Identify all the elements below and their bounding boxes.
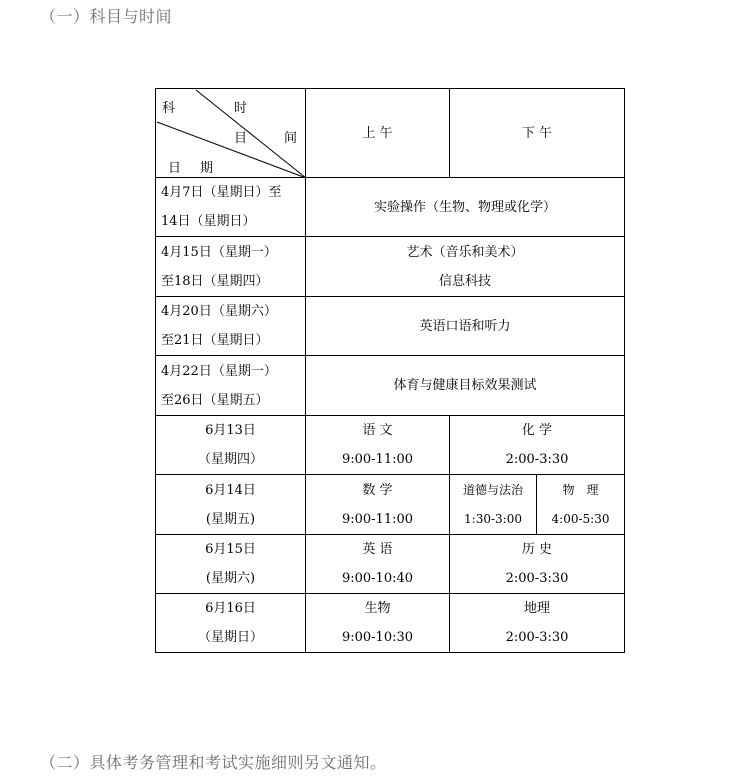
row-subject-cell: 艺术（音乐和美术） 信息科技 (305, 236, 625, 297)
date-line1: 6月14日 (205, 476, 256, 505)
diag-label-date-2: 期 (200, 157, 213, 176)
row-date-cell: 6月16日 （星期日） (155, 593, 306, 653)
subject-label: 英语口语和听力 (419, 312, 510, 341)
exam-subject: 历 史 (522, 535, 552, 564)
exam-subject: 地理 (524, 594, 550, 623)
date-line2: 至18日（星期四） (161, 267, 269, 296)
exam-time: 2:00-3:30 (506, 564, 569, 593)
exam-subject: 道德与法治 (463, 476, 523, 505)
exam-subject: 物 理 (562, 476, 598, 505)
date-line2: (星期六) (206, 564, 255, 593)
date-line2: 14日（星期日） (161, 207, 256, 236)
diagonal-header-cell: 科 时 目 间 日 期 (155, 88, 306, 178)
exam-schedule-table: 科 时 目 间 日 期 上 午 下 午 4月7日（星期日）至 14日（星期日） … (155, 88, 625, 653)
exam-time: 2:00-3:30 (506, 623, 569, 652)
subject-line1: 艺术（音乐和美术） (406, 238, 523, 267)
exam-time: 2:00-3:30 (506, 445, 569, 474)
row-date-cell: 4月15日（星期一） 至18日（星期四） (155, 236, 306, 297)
diag-label-subject-2: 时 (234, 97, 247, 116)
exam-time: 9:00-11:00 (342, 505, 413, 534)
morning-exam-cell: 数 学 9:00-11:00 (305, 474, 450, 535)
exam-time: 9:00-10:30 (342, 623, 413, 652)
row-date-cell: 6月14日 (星期五) (155, 474, 306, 535)
date-line1: 6月16日 (205, 594, 256, 623)
morning-exam-cell: 生物 9:00-10:30 (305, 593, 450, 653)
date-line2: 至26日（星期五） (161, 386, 269, 415)
header-morning: 上 午 (305, 88, 450, 178)
section-heading-subjects-time: （一）科目与时间 (40, 4, 172, 27)
row-date-cell: 6月13日 （星期四） (155, 415, 306, 475)
row-date-cell: 4月22日（星期一） 至26日（星期五） (155, 355, 306, 416)
date-line1: 6月15日 (205, 535, 256, 564)
date-line2: （星期日） (198, 623, 263, 652)
row-subject-cell: 英语口语和听力 (305, 296, 625, 356)
row-date-cell: 4月20日（星期六） 至21日（星期日） (155, 296, 306, 356)
date-line2: 至21日（星期日） (161, 326, 269, 355)
exam-time: 4:00-5:30 (552, 505, 610, 534)
header-morning-label: 上 午 (362, 119, 392, 148)
header-afternoon-label: 下 午 (522, 119, 552, 148)
exam-time: 9:00-11:00 (342, 445, 413, 474)
morning-exam-cell: 语 文 9:00-11:00 (305, 415, 450, 475)
row-date-cell: 4月7日（星期日）至 14日（星期日） (155, 177, 306, 237)
exam-subject: 英 语 (362, 535, 392, 564)
afternoon-exam-cell: 历 史 2:00-3:30 (449, 534, 625, 594)
date-line1: 4月7日（星期日）至 (161, 178, 282, 207)
subject-line2: 信息科技 (439, 267, 491, 296)
date-line2: （星期四） (198, 445, 263, 474)
diag-label-subject-1: 科 (162, 97, 175, 116)
date-line1: 4月22日（星期一） (161, 357, 277, 386)
exam-time: 9:00-10:40 (342, 564, 413, 593)
exam-subject: 数 学 (362, 476, 392, 505)
afternoon-exam-cell-2: 物 理 4:00-5:30 (536, 474, 625, 535)
exam-subject: 生物 (364, 594, 390, 623)
date-line1: 4月20日（星期六） (161, 297, 277, 326)
date-line2: (星期五) (206, 505, 255, 534)
diag-label-date-1: 日 (168, 157, 181, 176)
afternoon-exam-cell: 化 学 2:00-3:30 (449, 415, 625, 475)
exam-subject: 化 学 (522, 416, 552, 445)
morning-exam-cell: 英 语 9:00-10:40 (305, 534, 450, 594)
exam-subject: 语 文 (362, 416, 392, 445)
afternoon-exam-cell: 地理 2:00-3:30 (449, 593, 625, 653)
header-afternoon: 下 午 (449, 88, 625, 178)
row-date-cell: 6月15日 (星期六) (155, 534, 306, 594)
diag-label-mid-1: 目 (234, 127, 247, 146)
date-line1: 4月15日（星期一） (161, 238, 277, 267)
afternoon-exam-cell-1: 道德与法治 1:30-3:00 (449, 474, 537, 535)
row-subject-cell: 体育与健康目标效果测试 (305, 355, 625, 416)
section-heading-notice: （二）具体考务管理和考试实施细则另文通知。 (40, 750, 387, 773)
row-subject-cell: 实验操作（生物、物理或化学） (305, 177, 625, 237)
subject-label: 体育与健康目标效果测试 (393, 371, 536, 400)
exam-time: 1:30-3:00 (464, 505, 522, 534)
diag-label-mid-2: 间 (284, 127, 297, 146)
date-line1: 6月13日 (205, 416, 256, 445)
subject-label: 实验操作（生物、物理或化学） (374, 193, 556, 222)
